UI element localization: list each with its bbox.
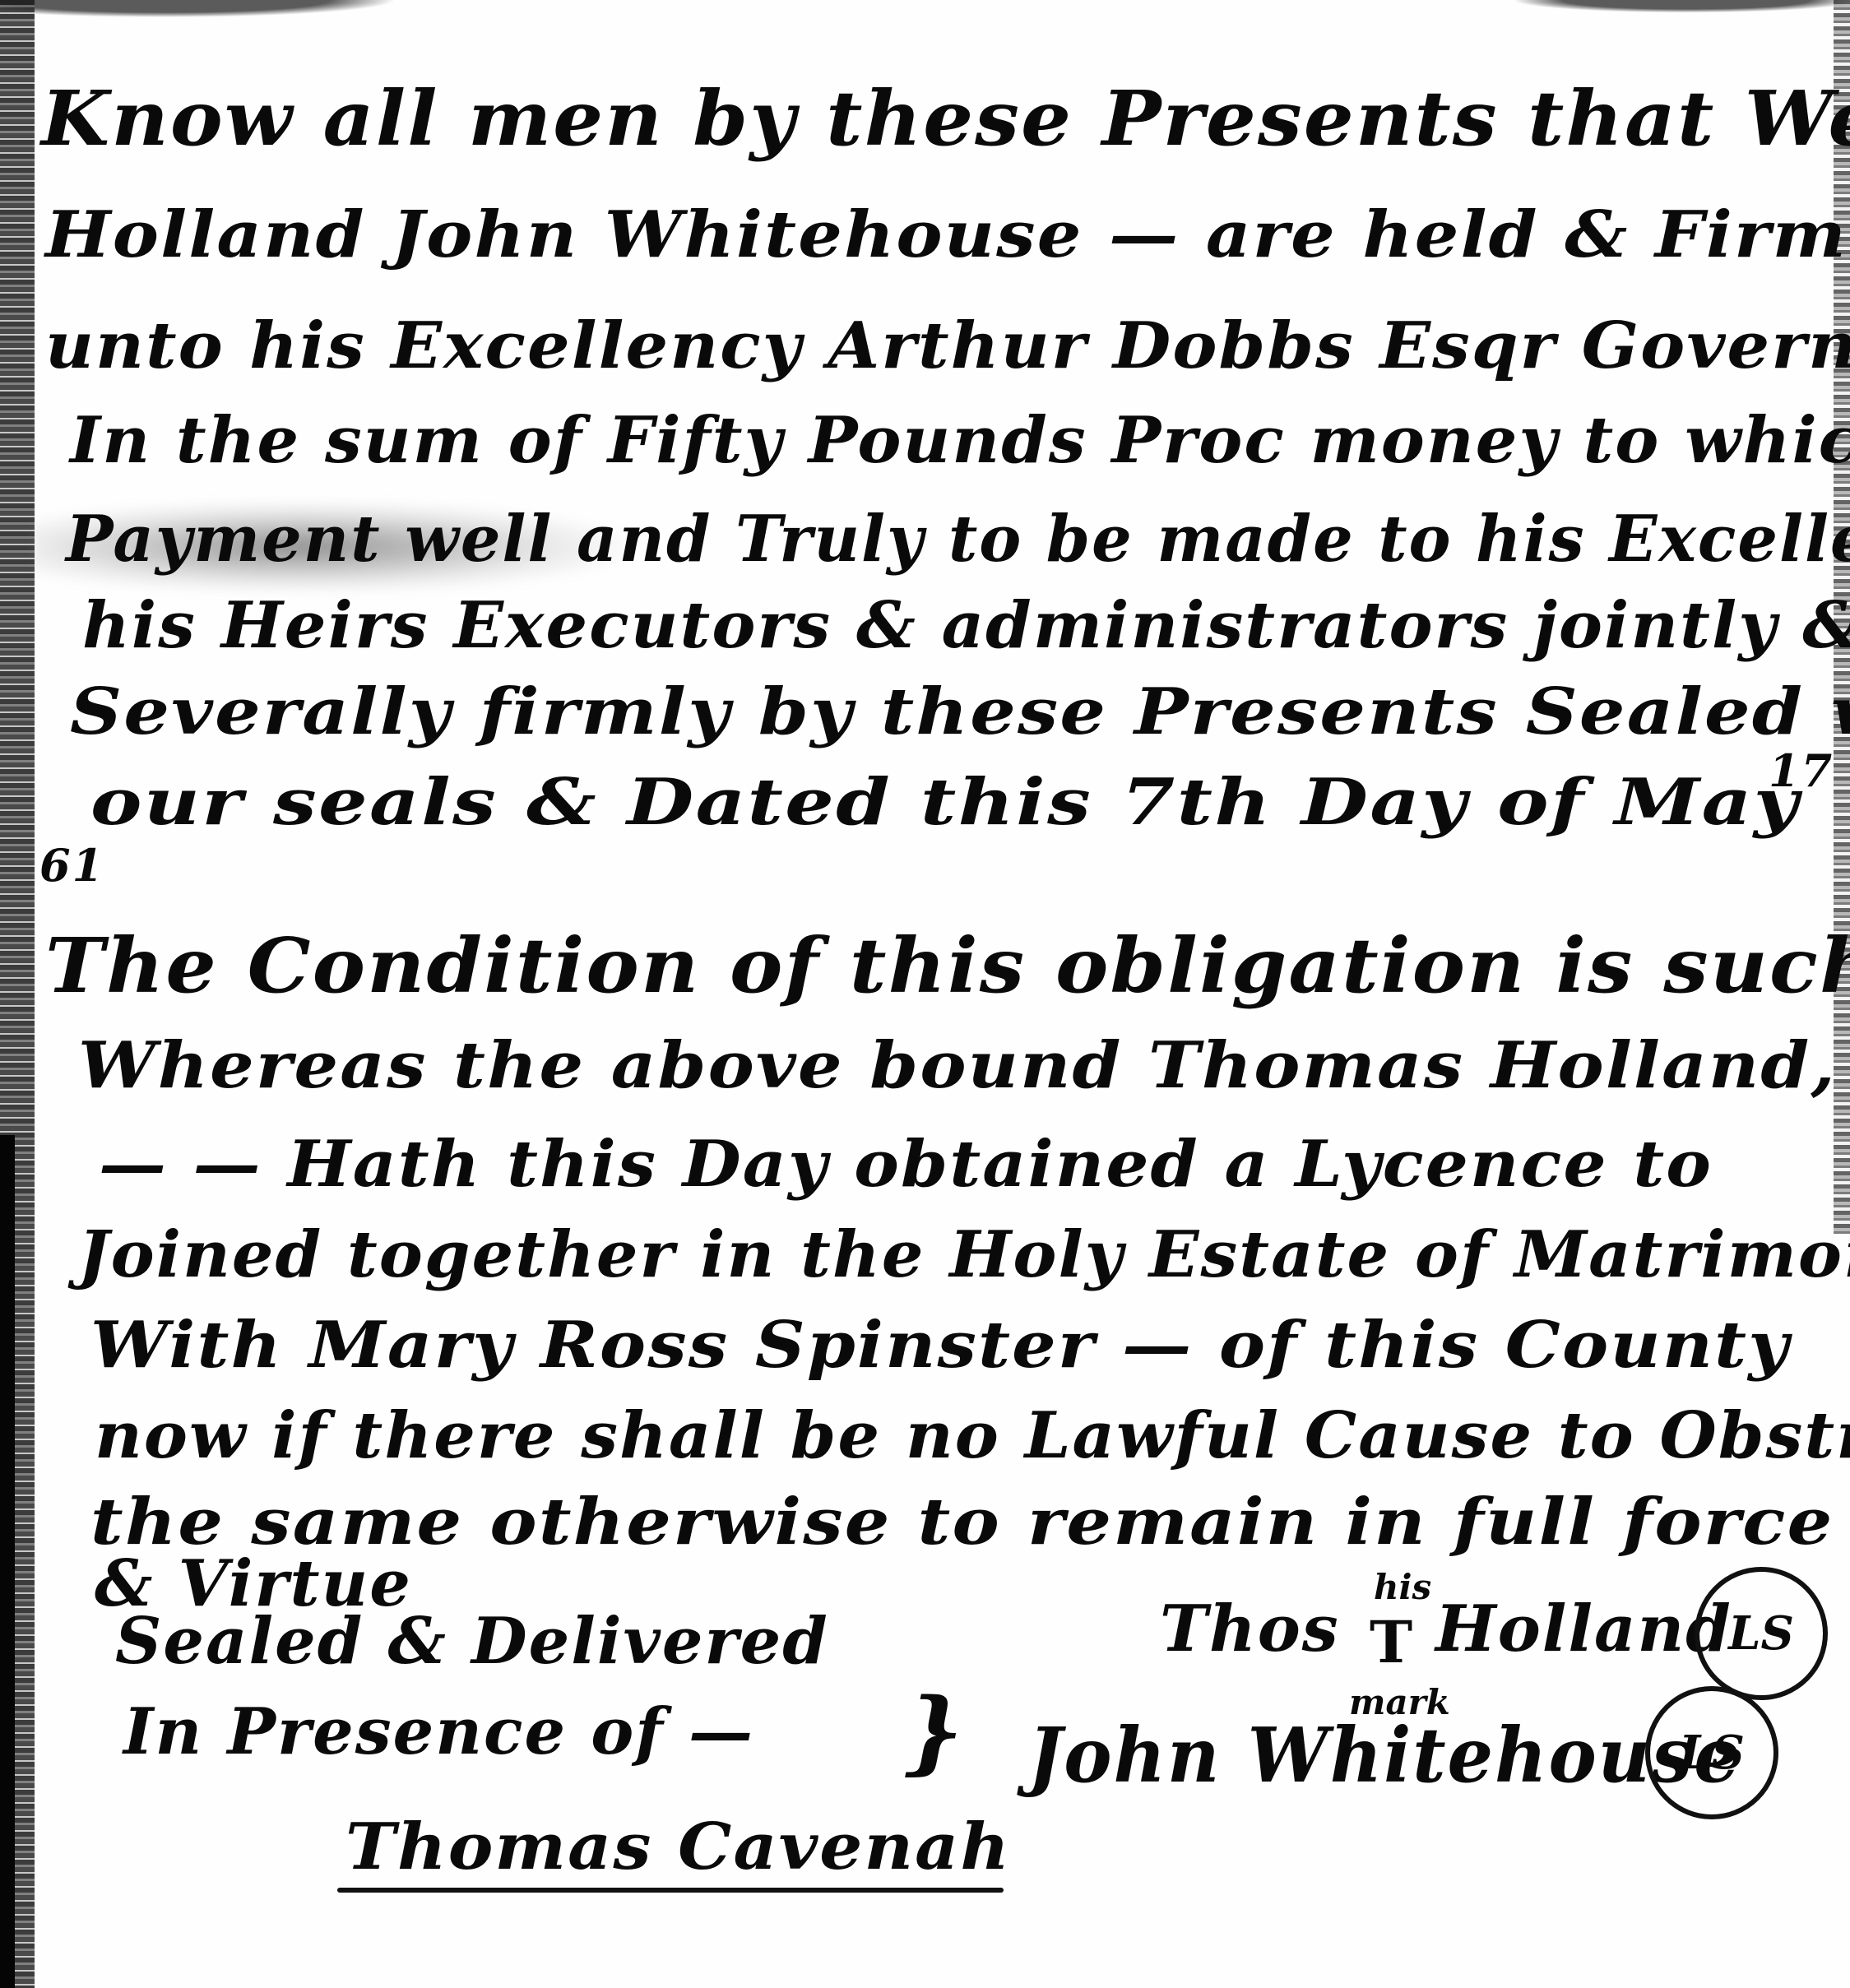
signatory-holland-name: Holland (1435, 1592, 1732, 1666)
signatory-whitehouse-name: John Whitehouse (1028, 1711, 1741, 1800)
body-line-5: Payment well and Truly to be made to his… (66, 502, 1850, 577)
condition-line-2: Whereas the above bound Thomas Holland, (78, 1028, 1837, 1103)
witness-in-presence: In Presence of — (123, 1694, 754, 1769)
signatory-holland-his: his (1374, 1567, 1431, 1607)
signatory-holland-prefix: Thos (1160, 1592, 1340, 1666)
condition-line-3: — — Hath this Day obtained a Lycence to (99, 1127, 1713, 1202)
body-line-3: unto his Excellency Arthur Dobbs Esqr Go… (45, 308, 1850, 383)
witness-signature-underline (337, 1888, 1004, 1893)
signatory-holland-mark-glyph: T (1370, 1608, 1412, 1676)
scan-edge-top (0, 0, 1850, 33)
scanned-document-page: Know all men by these Presents that We T… (0, 0, 1850, 1988)
seal-whitehouse: LS (1645, 1686, 1778, 1819)
condition-line-1: The Condition of this obligation is such… (45, 921, 1850, 1010)
year-fragment-right: 17 (1769, 744, 1834, 797)
body-line-7: Severally firmly by these Presents Seale… (70, 674, 1850, 749)
body-line-8: our seals & Dated this 7th Day of May (90, 765, 1800, 840)
condition-line-4: Joined together in the Holy Estate of Ma… (78, 1217, 1850, 1292)
condition-line-5: With Mary Ross Spinster — of this County (90, 1308, 1790, 1383)
year-fragment-left: 61 (39, 839, 104, 892)
witness-signature: Thomas Cavenah (345, 1810, 1011, 1884)
condition-line-6: now if there shall be no Lawful Cause to… (95, 1398, 1850, 1473)
body-line-4: In the sum of Fifty Pounds Proc money to… (70, 403, 1850, 478)
body-line-2: Holland John Whitehouse — are held & Fir… (45, 197, 1850, 272)
body-line-6: his Heirs Executors & administrators joi… (82, 588, 1850, 663)
body-line-1: Know all men by these Presents that We T… (41, 74, 1850, 163)
witness-brace: } (905, 1678, 963, 1784)
scan-edge-left-dark (0, 1135, 15, 1988)
witness-sealed-delivered: Sealed & Delivered (115, 1604, 829, 1679)
seal-holland: LS (1695, 1567, 1828, 1700)
